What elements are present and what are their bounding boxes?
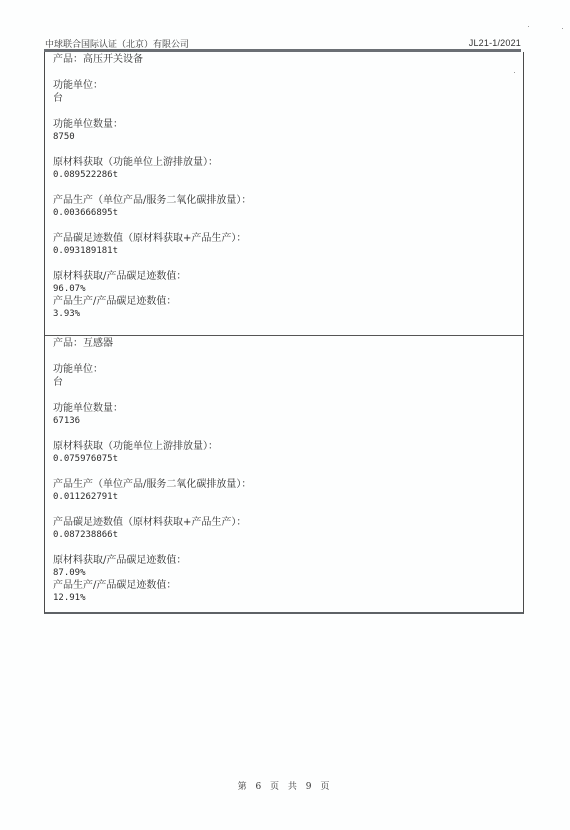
production-label: 产品生产（单位产品/服务二氧化碳排放量）： (53, 194, 523, 207)
raw-share-value: 87.09% (53, 567, 523, 579)
raw-material-label: 原材料获取（功能单位上游排放量）： (53, 156, 523, 169)
product-section-transformer: 产品：互感器 功能单位： 台 功能单位数量： 67136 原材料获取（功能单位上… (45, 336, 523, 612)
scan-speck (528, 26, 529, 27)
page-indicator: 第 6 页 共 9 页 (0, 779, 570, 792)
product-section-switchgear: 产品：高压开关设备 功能单位： 台 功能单位数量： 8750 原材料获取（功能单… (45, 52, 523, 336)
prod-share-label: 产品生产/产品碳足迹数值： (53, 579, 523, 592)
functional-unit-qty-value: 8750 (53, 131, 523, 143)
production-value: 0.003666895t (53, 207, 523, 219)
prod-share-label: 产品生产/产品碳足迹数值： (53, 295, 523, 308)
prod-share-value: 3.93% (53, 308, 523, 320)
production-label: 产品生产（单位产品/服务二氧化碳排放量）： (53, 478, 523, 491)
footprint-label: 产品碳足迹数值（原材料获取+产品生产）： (53, 516, 523, 529)
raw-share-label: 原材料获取/产品碳足迹数值： (53, 554, 523, 567)
prod-share-value: 12.91% (53, 592, 523, 604)
raw-material-value: 0.075976075t (53, 453, 523, 465)
scan-speck (562, 28, 563, 29)
raw-share-value: 96.07% (53, 283, 523, 295)
functional-unit-label: 功能单位： (53, 79, 523, 92)
footprint-value: 0.093189181t (53, 245, 523, 257)
carbon-footprint-table: 产品：高压开关设备 功能单位： 台 功能单位数量： 8750 原材料获取（功能单… (44, 52, 524, 614)
product-title: 产品：互感器 (53, 336, 523, 350)
functional-unit-qty-value: 67136 (53, 415, 523, 427)
functional-unit-qty-label: 功能单位数量： (53, 402, 523, 415)
functional-unit-qty-label: 功能单位数量： (53, 118, 523, 131)
product-title: 产品：高压开关设备 (53, 52, 523, 66)
raw-share-label: 原材料获取/产品碳足迹数值： (53, 270, 523, 283)
document-code: JL21-1/2021 (469, 38, 521, 48)
footprint-value: 0.087238866t (53, 529, 523, 541)
raw-material-value: 0.089522286t (53, 169, 523, 181)
production-value: 0.011262791t (53, 491, 523, 503)
functional-unit-label: 功能单位： (53, 363, 523, 376)
functional-unit-value: 台 (53, 376, 523, 389)
footprint-label: 产品碳足迹数值（原材料获取+产品生产）： (53, 232, 523, 245)
raw-material-label: 原材料获取（功能单位上游排放量）： (53, 440, 523, 453)
functional-unit-value: 台 (53, 92, 523, 105)
scan-speck (514, 72, 515, 73)
